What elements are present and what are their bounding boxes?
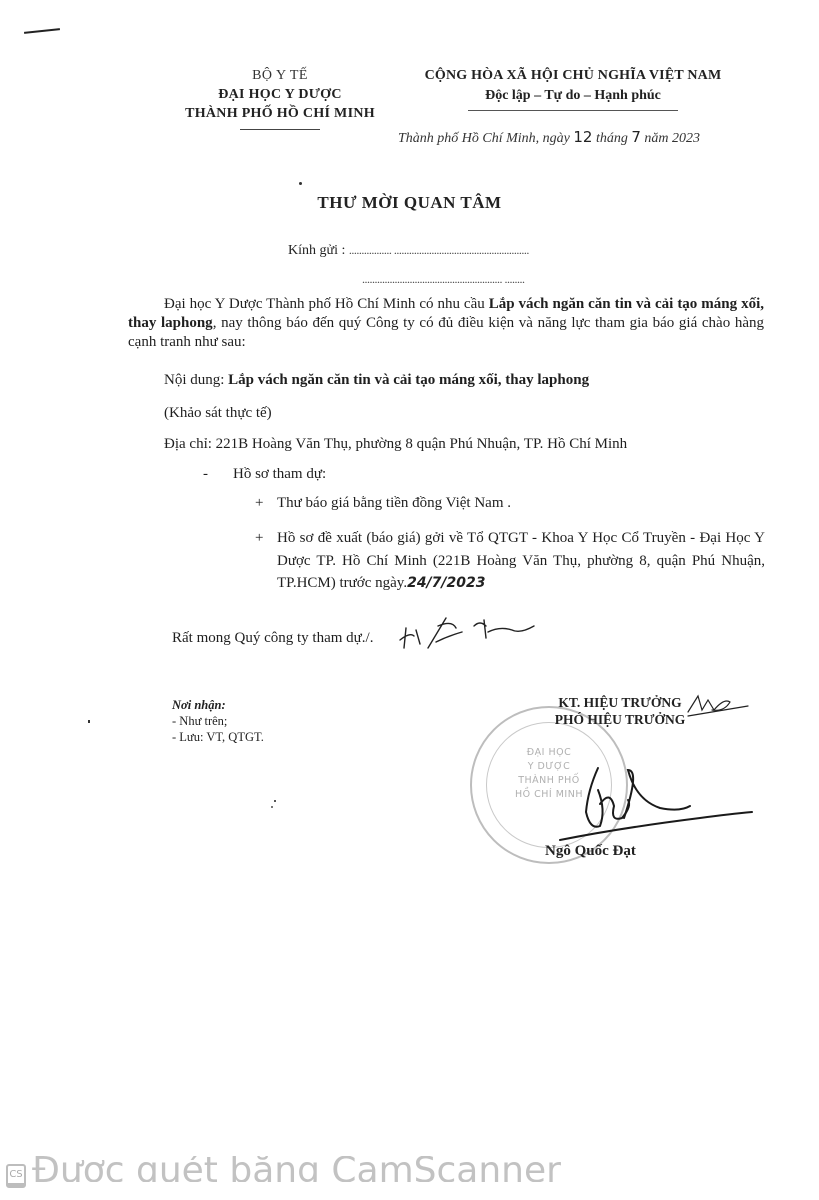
scan-artifact	[24, 28, 60, 34]
official-stamp: ĐẠI HỌC Y DƯỢC THÀNH PHỐ HỒ CHÍ MINH	[470, 706, 628, 864]
header-right-underline	[468, 110, 678, 111]
date-month-handwritten: 7	[631, 128, 641, 146]
intro-text-1: Đại học Y Dược Thành phố Hồ Chí Minh có …	[164, 296, 489, 312]
signature-title-2: PHÓ HIỆU TRƯỞNG	[520, 711, 720, 728]
document-date: Thành phố Hồ Chí Minh, ngày 12 tháng 7 n…	[398, 128, 768, 147]
scan-speck	[271, 806, 273, 808]
initials-signature	[400, 618, 534, 648]
intro-paragraph: Đại học Y Dược Thành phố Hồ Chí Minh có …	[128, 295, 764, 352]
dossier-item-2: + Hồ sơ đề xuất (báo giá) gởi về Tổ QTGT…	[255, 527, 765, 595]
dossier-label: Hồ sơ tham dự:	[233, 466, 326, 482]
closing-line: Rất mong Quý công ty tham dự./.	[172, 630, 373, 647]
content-line: Nội dung: Lắp vách ngăn căn tin và cải t…	[164, 372, 589, 389]
signature-title-1: KT. HIỆU TRƯỞNG	[520, 694, 720, 711]
university-name-line1: ĐẠI HỌC Y DƯỢC	[170, 85, 390, 104]
deadline-handwritten: 24/7/2023	[407, 575, 485, 591]
recipient-item: - Lưu: VT, QTGT.	[172, 729, 264, 745]
content-label: Nội dung:	[164, 372, 228, 388]
camscanner-logo-icon: CS	[6, 1164, 26, 1188]
ministry-name: BỘ Y TẾ	[170, 66, 390, 85]
document-title: THƯ MỜI QUAN TÂM	[0, 193, 819, 213]
handwritten-signatures	[0, 0, 819, 1200]
recipients-block: Nơi nhận: - Như trên; - Lưu: VT, QTGT.	[172, 697, 264, 745]
content-value: Lắp vách ngăn căn tin và cải tạo máng xố…	[228, 372, 589, 388]
scan-speck	[88, 720, 90, 723]
national-header: CỘNG HÒA XÃ HỘI CHỦ NGHĨA VIỆT NAM Độc l…	[378, 66, 768, 111]
date-prefix: Thành phố Hồ Chí Minh, ngày	[398, 131, 570, 146]
university-name-line2: THÀNH PHỐ HỒ CHÍ MINH	[170, 104, 390, 123]
nation-name: CỘNG HÒA XÃ HỘI CHỦ NGHĨA VIỆT NAM	[378, 66, 768, 86]
camscanner-footer: CS Được quét bằng CamScanner	[6, 1156, 561, 1188]
national-motto: Độc lập – Tự do – Hạnh phúc	[378, 86, 768, 106]
camscanner-watermark: Được quét bằng CamScanner	[32, 1156, 561, 1182]
scan-speck	[274, 800, 276, 802]
dossier-item-1: +Thư báo giá bằng tiền đồng Việt Nam .	[255, 495, 511, 512]
dossier-item-text: Hồ sơ đề xuất (báo giá) gởi về Tổ QTGT -…	[277, 530, 765, 591]
recipient-blank-2: ........................................…	[362, 272, 525, 287]
dossier-heading: -Hồ sơ tham dự:	[203, 466, 326, 483]
scan-speck	[299, 182, 302, 185]
address-line: Địa chỉ: 221B Hoàng Văn Thụ, phường 8 qu…	[164, 436, 627, 453]
recipient-item: - Như trên;	[172, 713, 264, 729]
recipient-label: Kính gửi :	[288, 243, 345, 258]
header-left-underline	[240, 129, 320, 130]
plus-bullet: +	[255, 527, 277, 550]
date-month-label: tháng	[596, 131, 628, 146]
dash-bullet: -	[203, 466, 233, 483]
survey-note: (Khảo sát thực tế)	[164, 405, 272, 422]
date-year: năm 2023	[644, 131, 700, 146]
issuer-header: BỘ Y TẾ ĐẠI HỌC Y DƯỢC THÀNH PHỐ HỒ CHÍ …	[170, 66, 390, 130]
recipients-heading: Nơi nhận:	[172, 697, 264, 713]
signer-name: Ngô Quốc Đạt	[545, 843, 636, 860]
signature-block: KT. HIỆU TRƯỞNG PHÓ HIỆU TRƯỞNG	[520, 694, 720, 728]
date-day-handwritten: 12	[573, 128, 592, 146]
plus-bullet: +	[255, 495, 277, 512]
dossier-item-text: Thư báo giá bằng tiền đồng Việt Nam .	[277, 495, 511, 511]
recipient-line: Kính gửi : ................. ...........…	[288, 243, 529, 259]
stamp-text: ĐẠI HỌC Y DƯỢC THÀNH PHỐ HỒ CHÍ MINH	[472, 746, 626, 802]
recipient-blank-1: ................. ......................…	[349, 243, 529, 257]
intro-text-2: , nay thông báo đến quý Công ty có đủ đi…	[128, 315, 764, 350]
